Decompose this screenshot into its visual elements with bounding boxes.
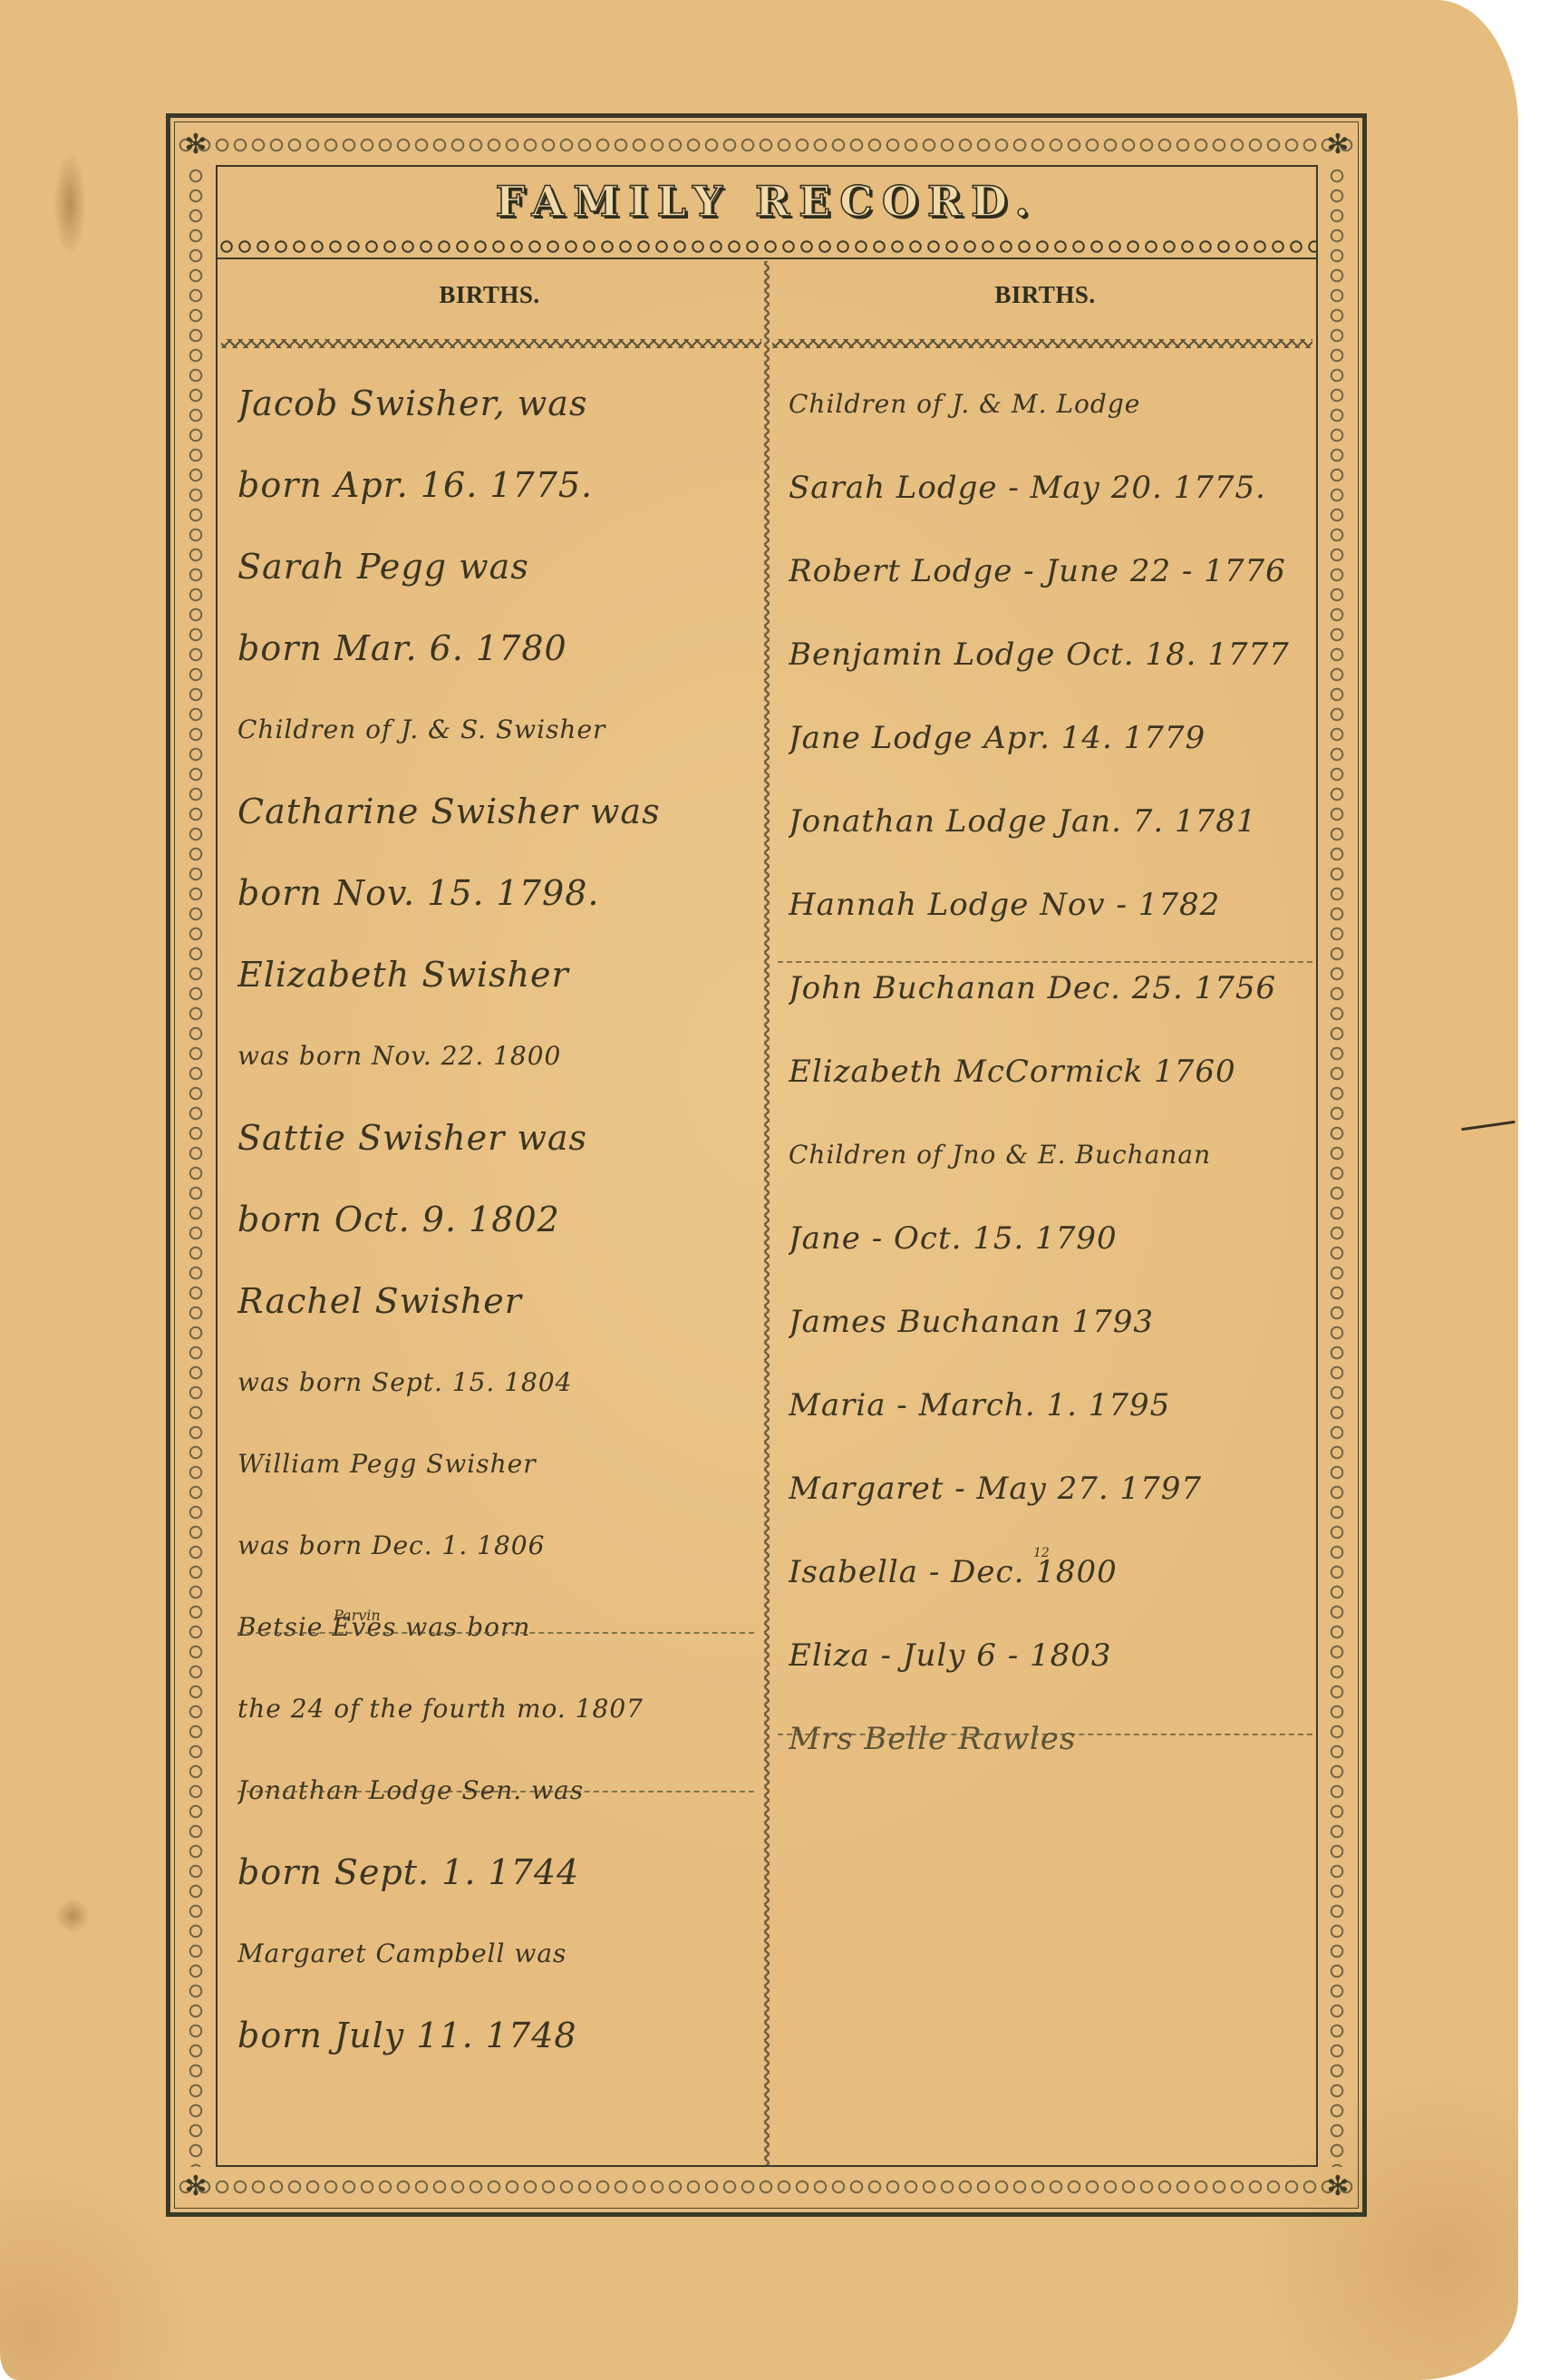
handwritten-entry: born July 11. 1748 (237, 1995, 781, 2076)
handwritten-entry: Robert Lodge - June 22 - 1776 (789, 529, 1332, 613)
separator-rule (778, 961, 1312, 963)
handwritten-entry: Elizabeth Swisher (237, 934, 781, 1015)
scroll-ornament-rule (218, 238, 1316, 259)
handwritten-entry: Children of J. & M. Lodge (789, 363, 1332, 446)
flower-ornament-icon: ✻ (179, 2171, 212, 2203)
flower-ornament-icon: ✻ (1322, 129, 1354, 161)
handwritten-entry: born Apr. 16. 1775. (237, 444, 781, 526)
handwritten-entry: the 24 of the fourth mo. 1807 (237, 1668, 781, 1750)
handwritten-entry: William Pegg Swisher (237, 1423, 781, 1505)
superscript-annotation: 12 (1033, 1546, 1050, 1560)
handwritten-entry: Hannah Lodge Nov - 1782 (789, 863, 1332, 947)
handwritten-entry: Children of J. & S. Swisher (237, 689, 781, 771)
ornamental-border-bottom (177, 2167, 1356, 2207)
handwritten-entry: Elizabeth McCormick 1760 (789, 1030, 1332, 1113)
handwritten-entry: Margaret - May 27. 1797 (789, 1447, 1332, 1530)
paper-stain (56, 1899, 89, 1932)
page-title: FAMILY RECORD. (216, 177, 1318, 226)
ornamental-border-left (178, 165, 214, 2167)
insertion-annotation: Parvin (334, 1607, 381, 1624)
separator-rule (778, 1734, 1312, 1735)
handwritten-entry: born Mar. 6. 1780 (237, 607, 781, 689)
births-list-left: Jacob Swisher, was born Apr. 16. 1775. S… (237, 363, 781, 2076)
births-header-right: BIRTHS. (773, 281, 1317, 309)
births-header-left: BIRTHS. (218, 281, 761, 309)
handwritten-entry: was born Nov. 22. 1800 (237, 1015, 781, 1097)
handwritten-entry: Jonathan Lodge Jan. 7. 1781 (789, 780, 1332, 863)
handwritten-entry: Margaret Campbell was (237, 1913, 781, 1995)
paper-stain (54, 154, 85, 254)
handwritten-entry: born Nov. 15. 1798. (237, 852, 781, 934)
separator-rule (237, 1632, 754, 1634)
flower-ornament-icon: ✻ (1322, 2171, 1354, 2203)
handwritten-entry: Rachel Swisher (237, 1260, 781, 1342)
handwritten-entry: was born Sept. 15. 1804 (237, 1342, 781, 1423)
wavy-rule-right (772, 339, 1312, 348)
handwritten-entry: Sarah Lodge - May 20. 1775. (789, 446, 1332, 529)
handwritten-entry: Jane Lodge Apr. 14. 1779 (789, 696, 1332, 780)
handwritten-entry: Maria - March. 1. 1795 (789, 1364, 1332, 1447)
handwritten-entry: Mrs Belle Rawles (789, 1697, 1332, 1781)
handwritten-entry: Sattie Swisher was (237, 1097, 781, 1179)
handwritten-entry: James Buchanan 1793 (789, 1280, 1332, 1364)
handwritten-entry: Isabella - Dec. 1800 (789, 1530, 1332, 1614)
separator-rule (237, 1791, 754, 1792)
handwritten-entry: was born Dec. 1. 1806 (237, 1505, 781, 1587)
births-list-right: Children of J. & M. Lodge Sarah Lodge - … (789, 363, 1332, 1781)
handwritten-entry: Betsie Eves was born (237, 1587, 781, 1668)
handwritten-entry: Children of Jno & E. Buchanan (789, 1113, 1332, 1197)
handwritten-entry: born Sept. 1. 1744 (237, 1831, 781, 1913)
handwritten-entry: Sarah Pegg was (237, 526, 781, 607)
handwritten-entry: Jane - Oct. 15. 1790 (789, 1197, 1332, 1280)
ornamental-border-top (177, 125, 1356, 165)
handwritten-entry: born Oct. 9. 1802 (237, 1179, 781, 1260)
handwritten-entry: Jacob Swisher, was (237, 363, 781, 444)
wavy-rule-left (221, 339, 761, 348)
handwritten-entry: Eliza - July 6 - 1803 (789, 1614, 1332, 1697)
handwritten-entry: John Buchanan Dec. 25. 1756 (789, 947, 1332, 1030)
flower-ornament-icon: ✻ (179, 129, 212, 161)
handwritten-entry: Benjamin Lodge Oct. 18. 1777 (789, 613, 1332, 696)
handwritten-entry: Catharine Swisher was (237, 771, 781, 852)
